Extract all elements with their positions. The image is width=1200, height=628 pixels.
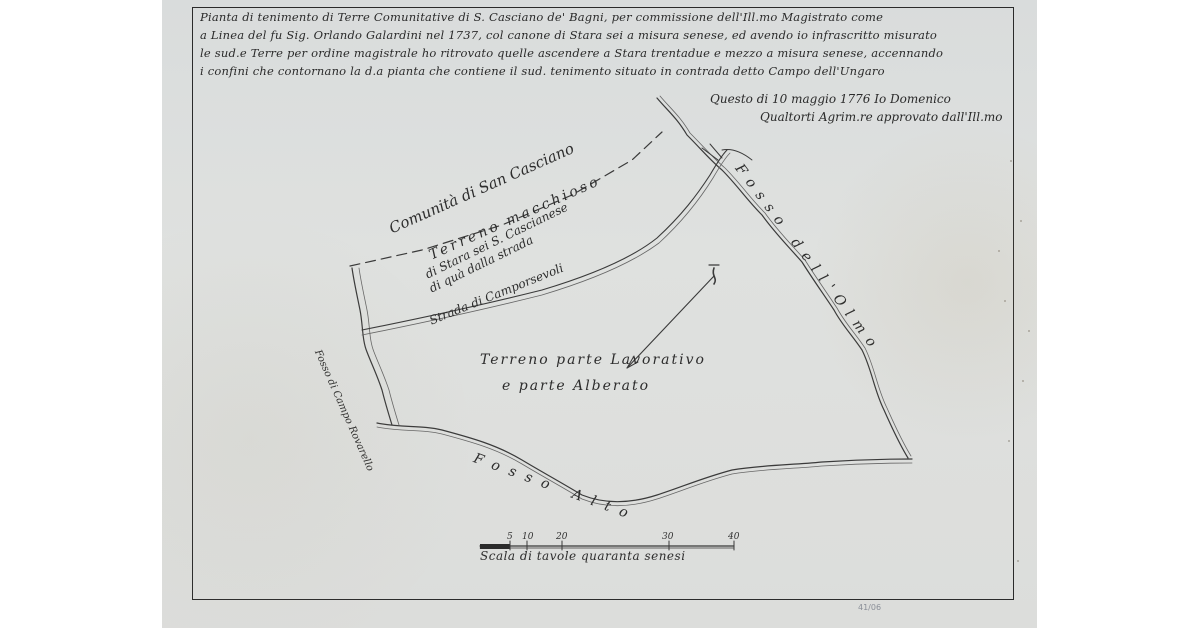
scale-tick-30: 30 (662, 532, 673, 542)
scale-tick-40: 40 (728, 532, 739, 542)
scale-tick-5: 5 (507, 532, 513, 542)
foxing-speck (1028, 330, 1030, 332)
fosso-alto-stream (377, 423, 912, 502)
foxing-speck (998, 250, 1000, 252)
map-drawing (162, 0, 1037, 628)
label-parte-alberato: e parte Alberato (502, 378, 650, 394)
strada-camporsevoli-road (362, 150, 727, 330)
fosso-olmo-stream (657, 98, 908, 458)
catalog-mark: 41/06 (858, 603, 881, 612)
scale-tick-20: 20 (556, 532, 567, 542)
foxing-speck (1010, 160, 1012, 162)
foxing-speck (1008, 440, 1010, 442)
scale-tick-10: 10 (522, 532, 533, 542)
foxing-speck (1022, 380, 1024, 382)
foxing-speck (1004, 300, 1006, 302)
label-terreno-lavorativo: Terreno parte Lavorativo (480, 352, 706, 368)
scale-label: Scala di tavole quaranta senesi (480, 549, 686, 563)
foxing-speck (1020, 220, 1022, 222)
crossing-mark (702, 144, 722, 160)
foxing-speck (1017, 560, 1019, 562)
map-paper: Pianta di tenimento di Terre Comunitativ… (162, 0, 1037, 628)
